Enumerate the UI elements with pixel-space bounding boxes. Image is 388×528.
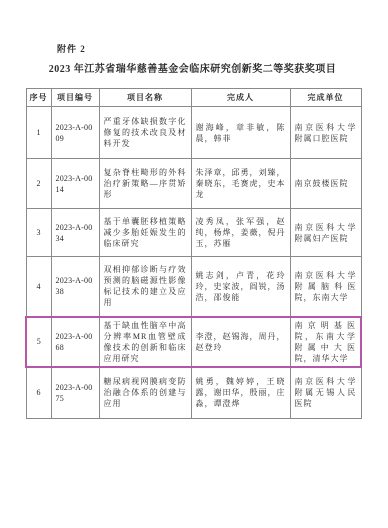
row-people: 姚志剑，卢青，花玲玲，史家波，阎锐，汤浩，邵俊能 [191, 257, 290, 317]
row-no: 1 [26, 107, 51, 159]
row-unit: 南京医科大学附属脑科医院，东南大学 [290, 257, 361, 317]
row-people: 李澄，赵锡海，周丹，赵登玲 [191, 317, 290, 367]
row-project-name: 基于单囊胚移植策略减少多胎妊娠发生的临床研究 [99, 209, 191, 257]
row-unit: 南京医科大学附属无锡人民医院 [290, 367, 361, 419]
header-name: 项目名称 [99, 89, 191, 107]
row-people: 朱泽章，邱勇，刘臻，秦晓东，毛赛虎，史本龙 [191, 159, 290, 209]
row-code: 2023-A-0014 [51, 159, 99, 209]
row-project-name: 双相抑郁诊断与疗效预测的脑磁源性影像标记技术的建立及应用 [99, 257, 191, 317]
document-page: 附件 2 2023 年江苏省瑞华慈善基金会临床研究创新奖二等奖获奖项目 序号 项… [0, 0, 388, 528]
row-no: 6 [26, 367, 51, 419]
header-no: 序号 [26, 89, 51, 107]
table-row: 2 2023-A-0014 复杂脊柱畸形的外科治疗新策略—序贯矫形 朱泽章，邱勇… [26, 159, 361, 209]
row-no: 2 [26, 159, 51, 209]
header-people: 完成人 [191, 89, 290, 107]
attachment-label: 附件 2 [57, 42, 86, 55]
row-code: 2023-A-0075 [51, 367, 99, 419]
table-header-row: 序号 项目编号 项目名称 完成人 完成单位 [26, 89, 361, 107]
row-code: 2023-A-0068 [51, 317, 99, 367]
row-unit: 南京医科大学附属妇产医院 [290, 209, 361, 257]
page-title: 2023 年江苏省瑞华慈善基金会临床研究创新奖二等奖获奖项目 [25, 60, 360, 75]
table-row: 1 2023-A-0009 严重牙体缺损数字化修复的技术改良及材料开发 谢海峰，… [26, 107, 361, 159]
table-row-highlighted: 5 2023-A-0068 基于缺血性脑卒中高分辨率MR血管壁成像技术的创新和临… [26, 317, 361, 367]
row-project-name: 复杂脊柱畸形的外科治疗新策略—序贯矫形 [99, 159, 191, 209]
row-no: 4 [26, 257, 51, 317]
award-table: 序号 项目编号 项目名称 完成人 完成单位 1 2023-A-0009 严重牙体… [25, 88, 362, 419]
table-row: 3 2023-A-0034 基于单囊胚移植策略减少多胎妊娠发生的临床研究 凌秀凤… [26, 209, 361, 257]
header-code: 项目编号 [51, 89, 99, 107]
row-code: 2023-A-0034 [51, 209, 99, 257]
row-people: 姚勇，魏婷婷，王晓露，谢田华，殷丽，庄淼，谭澄烨 [191, 367, 290, 419]
row-project-name: 基于缺血性脑卒中高分辨率MR血管壁成像技术的创新和临床应用研究 [99, 317, 191, 367]
row-people: 凌秀凤，张军强，赵纯，杨烨，姜薇，倪丹玉，苏雁 [191, 209, 290, 257]
row-project-name: 糖尿病视网膜病变防治融合体系的创建与应用 [99, 367, 191, 419]
row-no: 3 [26, 209, 51, 257]
row-project-name: 严重牙体缺损数字化修复的技术改良及材料开发 [99, 107, 191, 159]
row-code: 2023-A-0038 [51, 257, 99, 317]
row-unit: 南京鼓楼医院 [290, 159, 361, 209]
row-unit: 南京医科大学附属口腔医院 [290, 107, 361, 159]
row-people: 谢海峰，章非敏，陈晨，韩菲 [191, 107, 290, 159]
table-row: 4 2023-A-0038 双相抑郁诊断与疗效预测的脑磁源性影像标记技术的建立及… [26, 257, 361, 317]
table-row: 6 2023-A-0075 糖尿病视网膜病变防治融合体系的创建与应用 姚勇，魏婷… [26, 367, 361, 419]
row-code: 2023-A-0009 [51, 107, 99, 159]
row-unit: 南京明基医院，东南大学附属中大医院，清华大学 [290, 317, 361, 367]
row-no: 5 [26, 317, 51, 367]
header-unit: 完成单位 [290, 89, 361, 107]
